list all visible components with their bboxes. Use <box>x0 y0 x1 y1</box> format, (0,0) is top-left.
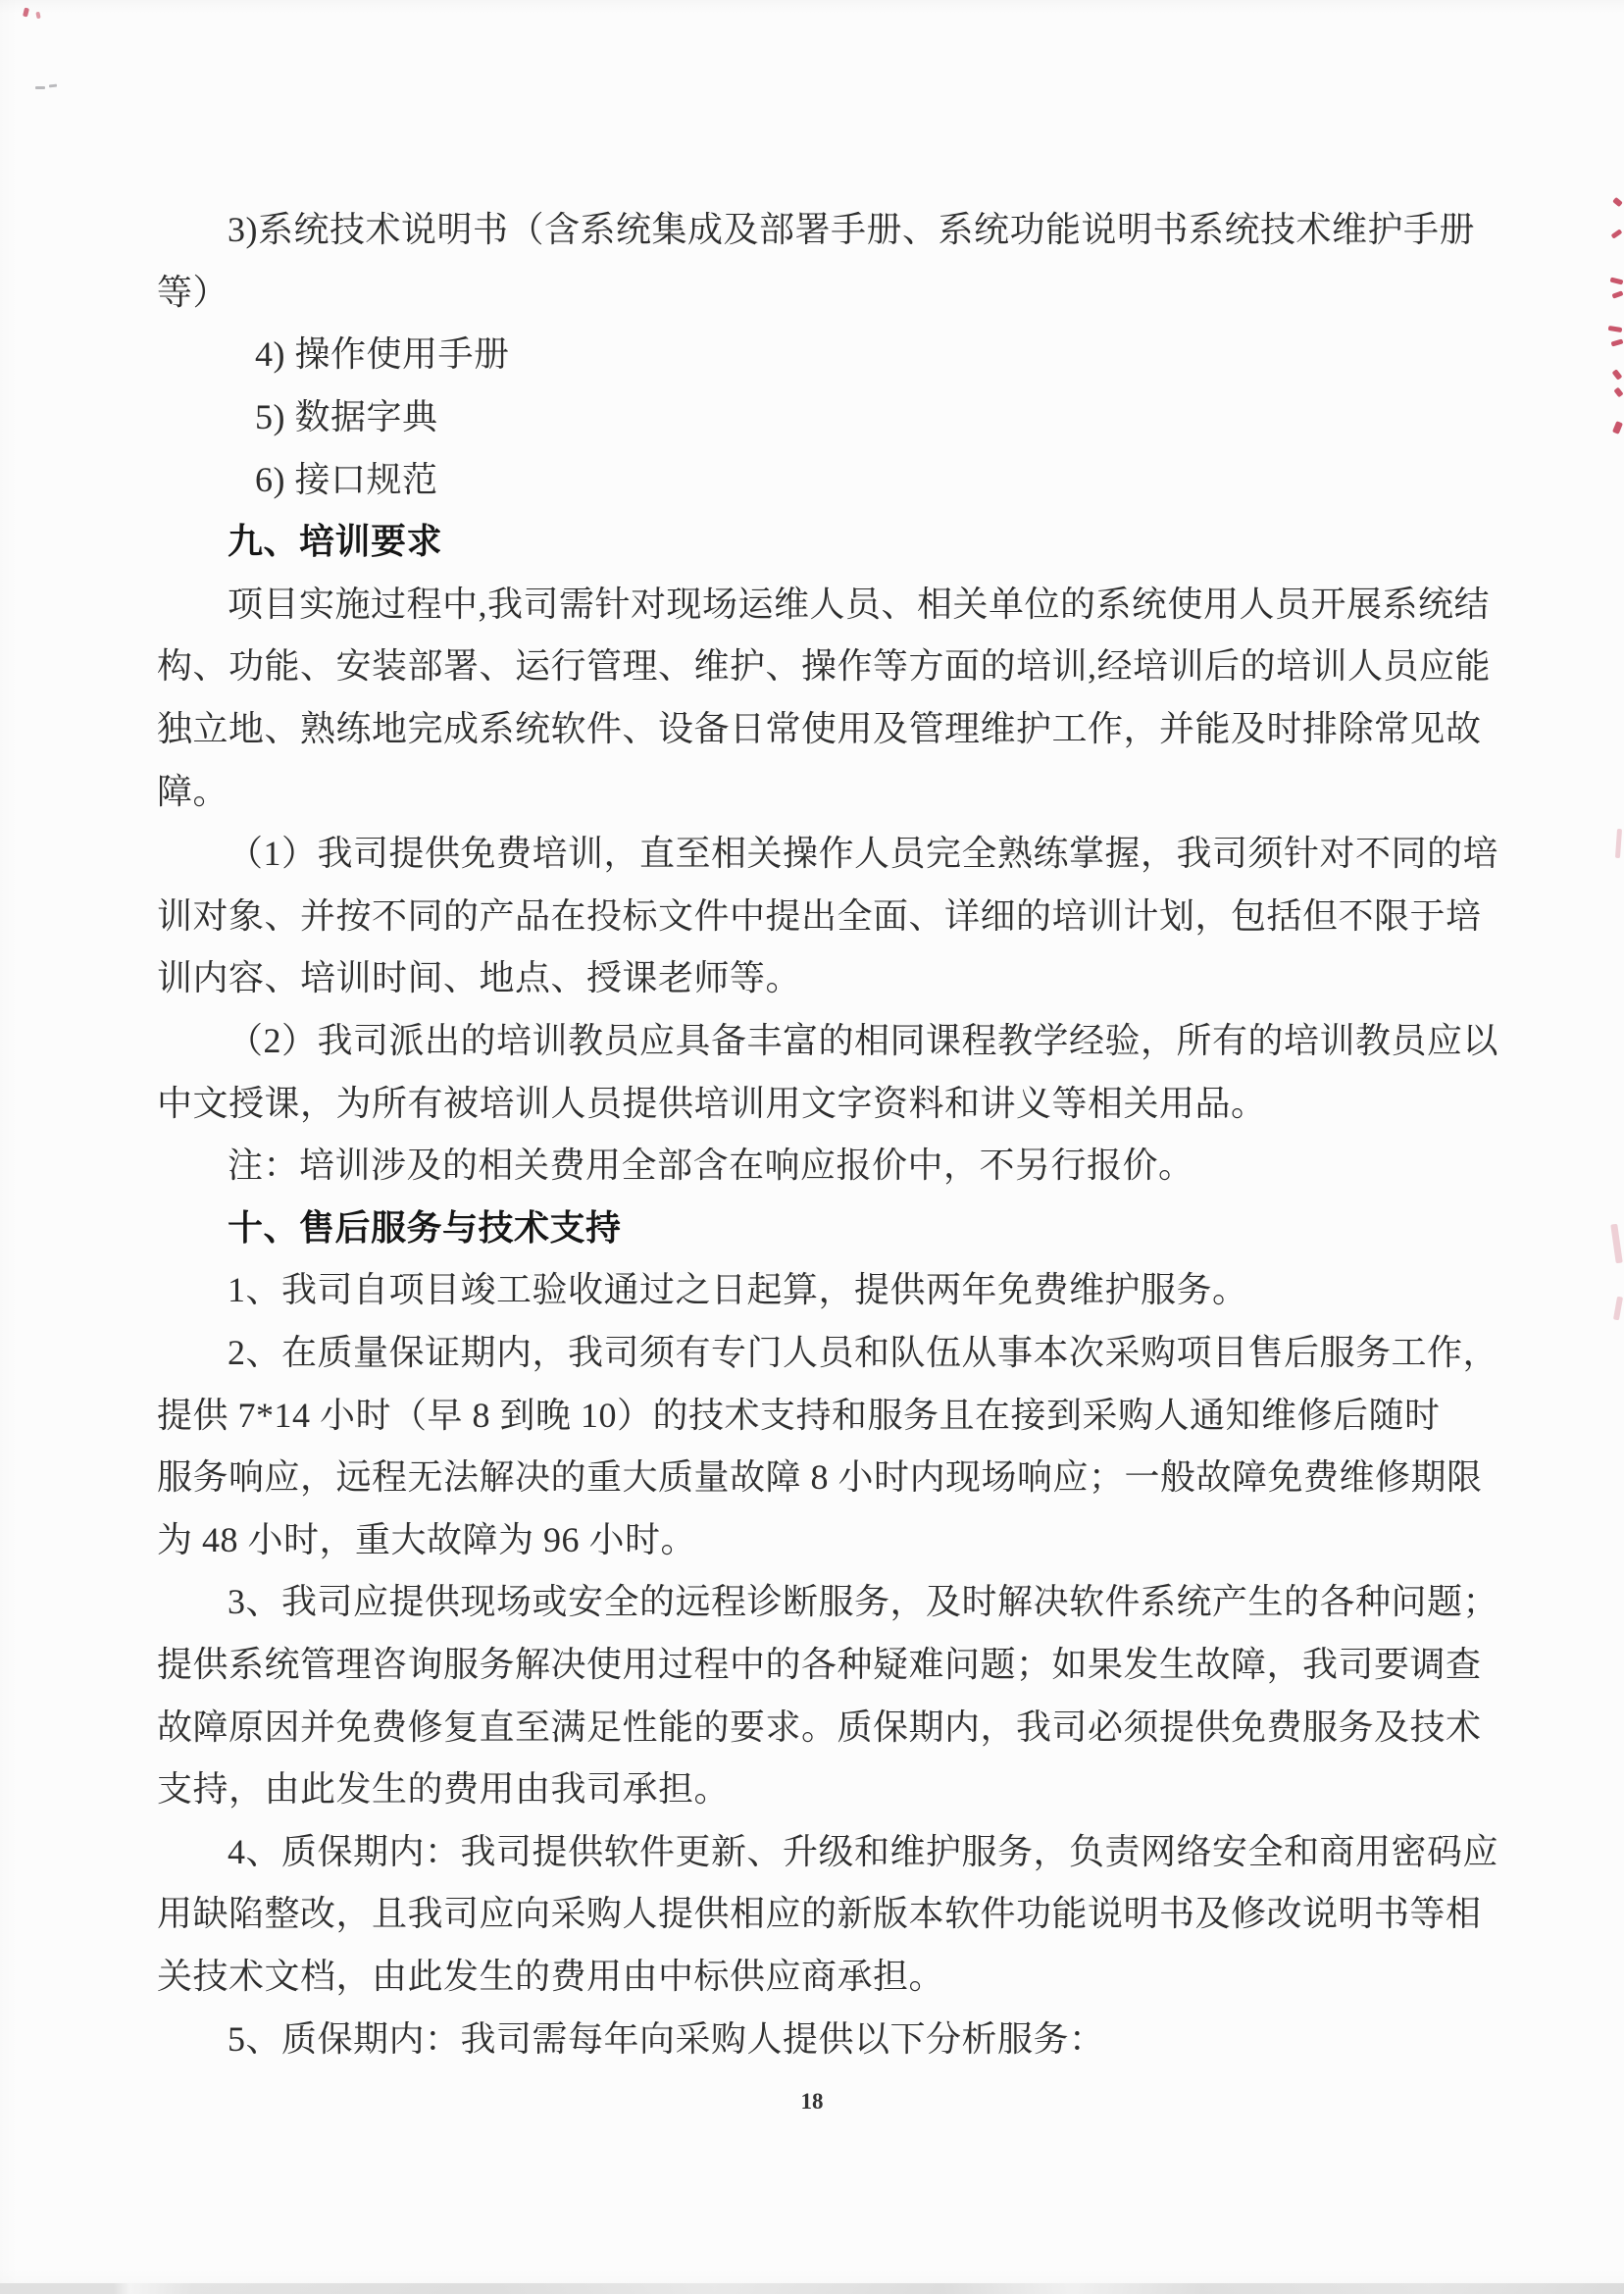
text-line: 项目实施过程中,我司需针对现场运维人员、相关单位的系统使用人员开展系统结 <box>157 571 1500 634</box>
text-line: 1、我司自项目竣工验收通过之日起算，提供两年免费维护服务。 <box>157 1256 1500 1319</box>
stamp-fragment <box>1612 197 1623 207</box>
text-line: 支持，由此发生的费用由我司承担。 <box>157 1756 1500 1818</box>
pencil-mark <box>35 86 45 89</box>
text-line: 提供 7*14 小时（早 8 到晚 10）的技术支持和服务且在接到采购人通知维修… <box>157 1381 1500 1444</box>
text-line: 故障原因并免费修复直至满足性能的要求。质保期内，我司必须提供免费服务及技术 <box>157 1693 1500 1756</box>
text-line: 5、质保期内：我司需每年向采购人提供以下分析服务： <box>157 2005 1500 2067</box>
text-line: 关技术文档，由此发生的费用由中标供应商承担。 <box>157 1943 1500 2006</box>
text-line: 服务响应，远程无法解决的重大质量故障 8 小时内现场响应；一般故障免费维修期限 <box>157 1444 1500 1506</box>
text-line: 构、功能、安装部署、运行管理、维护、操作等方面的培训,经培训后的培训人员应能 <box>157 633 1500 695</box>
text-line: 3、我司应提供现场或安全的远程诊断服务，及时解决软件系统产生的各种问题； <box>157 1568 1500 1631</box>
text-line: 训对象、并按不同的产品在投标文件中提出全面、详细的培训计划，包括但不限于培 <box>157 883 1500 945</box>
stamp-fragment-faint <box>1613 1297 1623 1321</box>
text-line: 注：培训涉及的相关费用全部含在响应报价中，不另行报价。 <box>157 1132 1500 1195</box>
pencil-mark <box>49 84 57 88</box>
stamp-fragment <box>1611 229 1623 238</box>
text-line: 为 48 小时，重大故障为 96 小时。 <box>157 1505 1500 1568</box>
red-ink-speck <box>35 12 40 20</box>
stamp-fragment <box>1612 369 1623 381</box>
page-number: 18 <box>0 2089 1624 2115</box>
section-heading: 十、售后服务与技术支持 <box>157 1195 1500 1257</box>
stamp-fragment-faint <box>1610 1224 1622 1264</box>
stamp-fragment <box>1612 421 1623 434</box>
text-line: 4、质保期内：我司提供软件更新、升级和维护服务，负责网络安全和商用密码应 <box>157 1817 1500 1880</box>
text-line: 提供系统管理咨询服务解决使用过程中的各种疑难问题；如果发生故障，我司要调查 <box>157 1631 1500 1694</box>
scan-edge-strip <box>0 2283 1624 2294</box>
text-line: 6) 接口规范 <box>157 445 1500 508</box>
stamp-fragment <box>1608 326 1623 332</box>
text-line: 中文授课，为所有被培训人员提供培训用文字资料和讲义等相关用品。 <box>157 1069 1500 1132</box>
text-line: 障。 <box>157 757 1500 820</box>
text-line: （1）我司提供免费培训，直至相关操作人员完全熟练掌握，我司须针对不同的培 <box>157 820 1500 883</box>
stamp-fragment-faint <box>1615 829 1622 858</box>
text-line: 3)系统技术说明书（含系统集成及部署手册、系统功能说明书系统技术维护手册 <box>157 196 1500 259</box>
text-line: 5) 数据字典 <box>157 383 1500 446</box>
document-page: 3)系统技术说明书（含系统集成及部署手册、系统功能说明书系统技术维护手册等）4)… <box>0 0 1624 2294</box>
document-body: 3)系统技术说明书（含系统集成及部署手册、系统功能说明书系统技术维护手册等）4)… <box>157 196 1500 2067</box>
stamp-fragment <box>1611 290 1623 298</box>
section-heading: 九、培训要求 <box>157 508 1500 571</box>
text-line: 2、在质量保证期内，我司须有专门人员和队伍从事本次采购项目售后服务工作， <box>157 1319 1500 1382</box>
red-ink-speck <box>23 8 29 18</box>
text-line: 训内容、培训时间、地点、授课老师等。 <box>157 944 1500 1007</box>
text-line: 独立地、熟练地完成系统软件、设备日常使用及管理维护工作，并能及时排除常见故 <box>157 695 1500 758</box>
stamp-fragment <box>1611 338 1624 346</box>
text-line: 用缺陷整改，且我司应向采购人提供相应的新版本软件功能说明书及修改说明书等相 <box>157 1880 1500 1943</box>
text-line: 4) 操作使用手册 <box>157 321 1500 383</box>
stamp-fragment <box>1613 387 1623 398</box>
text-line: （2）我司派出的培训教员应具备丰富的相同课程教学经验，所有的培训教员应以 <box>157 1007 1500 1070</box>
stamp-fragment <box>1610 278 1624 285</box>
text-line: 等） <box>157 259 1500 322</box>
